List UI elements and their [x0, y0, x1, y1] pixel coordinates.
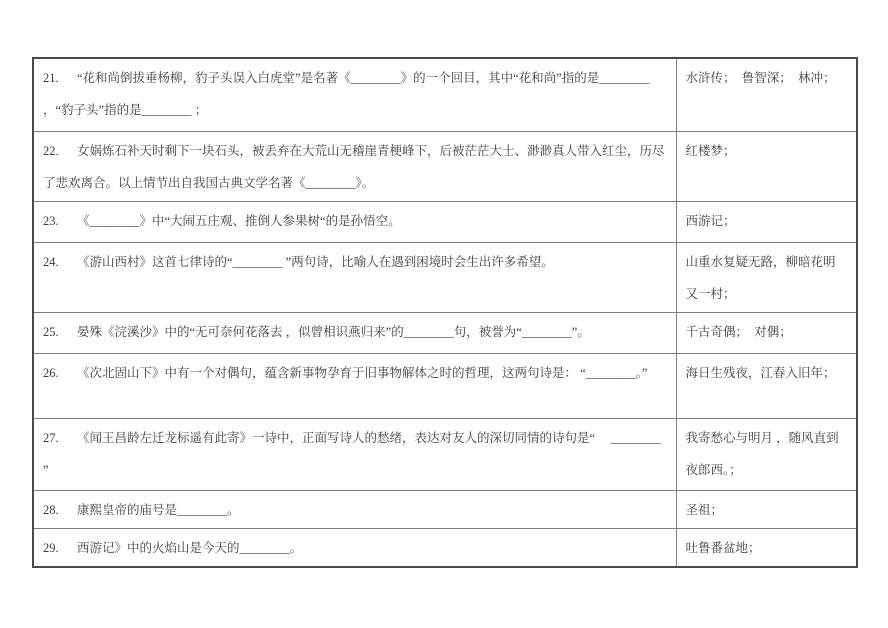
answer-text: 我寄愁心与明月 ，随风直到夜郎西。； — [686, 431, 839, 477]
question-number: 26. — [43, 357, 77, 389]
question-number: 27. — [43, 422, 77, 454]
table-row: 28.康熙皇帝的庙号是________。 圣祖； — [33, 490, 857, 528]
question-text: 女娲炼石补天时剩下一块石头，被丢弃在大荒山无稽崖青梗峰下，后被茫茫大士、渺渺真人… — [43, 144, 665, 190]
question-cell: 26.《次北固山下》中有一个对偶句，蕴含新事物孕育于旧事物解体之时的哲理，这两句… — [33, 353, 676, 418]
answer-text: 吐鲁番盆地； — [686, 541, 761, 555]
answer-cell: 圣祖； — [676, 490, 857, 528]
question-cell: 28.康熙皇帝的庙号是________。 — [33, 490, 676, 528]
question-number: 28. — [43, 494, 77, 526]
answer-cell: 红楼梦； — [676, 131, 857, 201]
question-number: 21. — [43, 62, 77, 94]
answer-text: 千古奇偶； 对偶； — [686, 325, 792, 339]
table-row: 27.《闻王昌龄左迁龙标遥有此寄》一诗中，正面写诗人的愁绪，表达对友人的深切同情… — [33, 418, 857, 490]
question-cell: 23.《________》中“大闹五庄观、推倒人参果树“的是孙悟空。 — [33, 201, 676, 242]
question-text: “花和尚倒拔垂杨柳，豹子头误入白虎堂”是名著《________》的一个回目，其中… — [43, 71, 652, 117]
quiz-table: 21.“花和尚倒拔垂杨柳，豹子头误入白虎堂”是名著《________》的一个回目… — [32, 57, 858, 568]
question-number: 24. — [43, 246, 77, 278]
answer-cell: 水浒传； 鲁智深； 林冲； — [676, 58, 857, 131]
question-cell: 27.《闻王昌龄左迁龙标遥有此寄》一诗中，正面写诗人的愁绪，表达对友人的深切同情… — [33, 418, 676, 490]
answer-cell: 西游记； — [676, 201, 857, 242]
question-number: 23. — [43, 205, 77, 237]
answer-cell: 千古奇偶； 对偶； — [676, 312, 857, 353]
answer-text: 水浒传； 鲁智深； 林冲； — [686, 71, 836, 85]
table-row: 22.女娲炼石补天时剩下一块石头，被丢弃在大荒山无稽崖青梗峰下，后被茫茫大士、渺… — [33, 131, 857, 201]
table-row: 21.“花和尚倒拔垂杨柳，豹子头误入白虎堂”是名著《________》的一个回目… — [33, 58, 857, 131]
question-text: 西游记》中的火焰山是今天的________。 — [77, 541, 302, 555]
answer-cell: 海日生残夜，江春入旧年； — [676, 353, 857, 418]
question-text: 《游山西村》这首七律诗的“________ ”两句诗，比喻人在遇到困境时会生出许… — [77, 255, 554, 269]
question-number: 25. — [43, 316, 77, 348]
question-cell: 24.《游山西村》这首七律诗的“________ ”两句诗，比喻人在遇到困境时会… — [33, 242, 676, 312]
document-page: 21.“花和尚倒拔垂杨柳，豹子头误入白虎堂”是名著《________》的一个回目… — [0, 0, 888, 628]
question-text: 《次北固山下》中有一个对偶句，蕴含新事物孕育于旧事物解体之时的哲理，这两句诗是：… — [77, 366, 647, 380]
question-number: 22. — [43, 135, 77, 167]
question-cell: 25.晏殊《浣溪沙》中的“无可奈何花落去 ，似曾相识燕归来”的________句… — [33, 312, 676, 353]
question-text: 康熙皇帝的庙号是________。 — [77, 503, 240, 517]
question-number: 29. — [43, 532, 77, 564]
question-text: 《________》中“大闹五庄观、推倒人参果树“的是孙悟空。 — [77, 214, 401, 228]
table-row: 25.晏殊《浣溪沙》中的“无可奈何花落去 ，似曾相识燕归来”的________句… — [33, 312, 857, 353]
table-row: 23.《________》中“大闹五庄观、推倒人参果树“的是孙悟空。 西游记； — [33, 201, 857, 242]
question-cell: 29.西游记》中的火焰山是今天的________。 — [33, 528, 676, 567]
question-text: 《闻王昌龄左迁龙标遥有此寄》一诗中，正面写诗人的愁绪，表达对友人的深切同情的诗句… — [43, 431, 676, 477]
answer-text: 红楼梦； — [686, 144, 736, 158]
answer-cell: 山重水复疑无路，柳暗花明又一村； — [676, 242, 857, 312]
table-row: 29.西游记》中的火焰山是今天的________。 吐鲁番盆地； — [33, 528, 857, 567]
question-text: 晏殊《浣溪沙》中的“无可奈何花落去 ，似曾相识燕归来”的________句，被誉… — [77, 325, 590, 339]
table-row: 24.《游山西村》这首七律诗的“________ ”两句诗，比喻人在遇到困境时会… — [33, 242, 857, 312]
answer-text: 西游记； — [686, 214, 736, 228]
question-cell: 22.女娲炼石补天时剩下一块石头，被丢弃在大荒山无稽崖青梗峰下，后被茫茫大士、渺… — [33, 131, 676, 201]
answer-text: 山重水复疑无路，柳暗花明又一村； — [686, 255, 836, 301]
answer-cell: 吐鲁番盆地； — [676, 528, 857, 567]
answer-text: 圣祖； — [686, 503, 724, 517]
question-cell: 21.“花和尚倒拔垂杨柳，豹子头误入白虎堂”是名著《________》的一个回目… — [33, 58, 676, 131]
answer-text: 海日生残夜，江春入旧年； — [686, 366, 836, 380]
answer-cell: 我寄愁心与明月 ，随风直到夜郎西。； — [676, 418, 857, 490]
table-row: 26.《次北固山下》中有一个对偶句，蕴含新事物孕育于旧事物解体之时的哲理，这两句… — [33, 353, 857, 418]
